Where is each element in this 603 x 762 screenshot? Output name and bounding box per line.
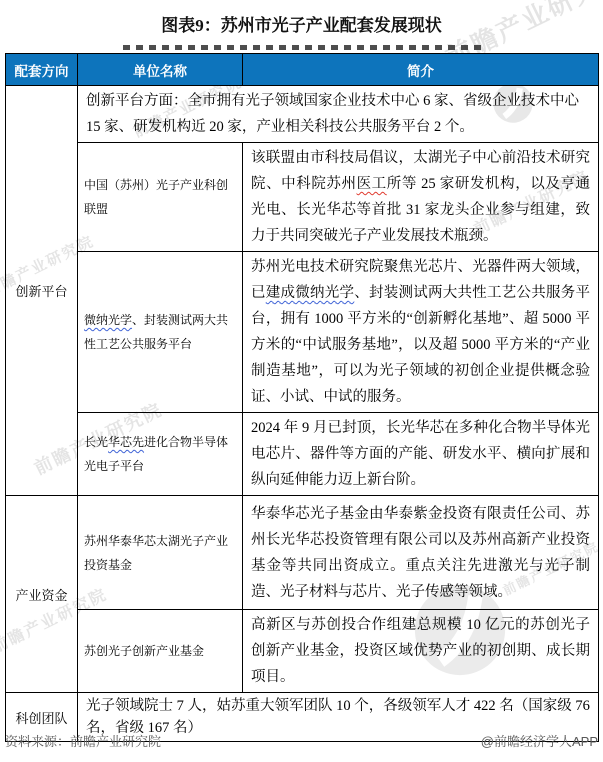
cell-intro-taihu-fund: 华泰华芯光子基金由华泰紫金投资有限责任公司、苏州长光华芯投资管理有限公司以及苏州… <box>243 496 599 610</box>
direction-industry-fund: 产业资金 <box>6 496 78 693</box>
cell-intro-semiconductor-platform: 2024 年 9 月已封顶，长光华芯在多种化合物半导体光电芯片、器件等方面的产能… <box>243 413 599 496</box>
col-header-unit-name: 单位名称 <box>78 54 243 86</box>
col-header-intro: 简介 <box>243 54 599 86</box>
table-row: 产业资金 苏州华泰华芯太湖光子产业投资基金 华泰华芯光子基金由华泰紫金投资有限责… <box>6 496 599 610</box>
report-figure-page: 前瞻产业研究院 前瞻产业研究院 前瞻产业研究院 前瞻产业研究院 前瞻产业研究院 … <box>0 0 603 762</box>
spellcheck-marked-text: 医工 <box>357 176 387 192</box>
col-header-direction: 配套方向 <box>6 54 78 86</box>
table-row: 长光华芯先进化合物半导体光电子平台 2024 年 9 月已封顶，长光华芯在多种化… <box>6 413 599 496</box>
cell-unit-semiconductor-platform: 长光华芯先进化合物半导体光电子平台 <box>78 413 243 496</box>
figure-title: 图表9：苏州市光子产业配套发展现状 <box>0 0 603 36</box>
table-row: 苏创光子创新产业基金 高新区与苏创投合作组建总规模 10 亿元的苏创光子创新产业… <box>6 610 599 693</box>
cell-unit-process-service-platform: 微纳光学、封装测试两大共性工艺公共服务平台 <box>78 252 243 413</box>
spellcheck-marked-text: 建成微纳光学 <box>266 285 355 301</box>
support-development-table: 配套方向 单位名称 简介 创新平台 创新平台方面：全市拥有光子领域国家企业技术中… <box>5 53 599 742</box>
source-attribution: 资料来源：前瞻产业研究院 <box>5 731 161 750</box>
table-row: 微纳光学、封装测试两大共性工艺公共服务平台 苏州光电技术研究院聚焦光芯片、光器件… <box>6 252 599 413</box>
cell-unit-suchuang-fund: 苏创光子创新产业基金 <box>78 610 243 693</box>
cell-unit-photonics-alliance: 中国（苏州）光子产业科创联盟 <box>78 143 243 252</box>
spellcheck-marked-text: 华芯先 <box>108 435 144 449</box>
spellcheck-marked-text: 微纳光学 <box>84 313 132 327</box>
cell-innovation-overview: 创新平台方面：全市拥有光子领域国家企业技术中心 6 家、省级企业技术中心 15 … <box>78 86 599 143</box>
app-credit: @前瞻经济学人APP <box>481 731 598 750</box>
cell-intro-process-service-platform: 苏州光电技术研究院聚焦光芯片、光器件两大领域，已建成微纳光学、封装测试两大共性工… <box>243 252 599 413</box>
cell-intro-photonics-alliance: 该联盟由市科技局倡议，太湖光子中心前沿技术研究院、中科院苏州医工所等 25 家研… <box>243 143 599 252</box>
table-row: 创新平台 创新平台方面：全市拥有光子领域国家企业技术中心 6 家、省级企业技术中… <box>6 86 599 143</box>
direction-innovation-platform: 创新平台 <box>6 86 78 496</box>
intro-text: 、封装测试两大共性工艺公共服务平台，拥有 1000 平方米的“创新孵化基地”、超… <box>251 285 590 405</box>
table-header-row: 配套方向 单位名称 简介 <box>6 54 599 86</box>
clipped-text-remnant <box>123 45 481 50</box>
unit-name-text: 长光 <box>84 435 108 449</box>
cell-intro-suchuang-fund: 高新区与苏创投合作组建总规模 10 亿元的苏创光子创新产业基金，投资区域优势产业… <box>243 610 599 693</box>
cell-unit-taihu-fund: 苏州华泰华芯太湖光子产业投资基金 <box>78 496 243 610</box>
table-row: 中国（苏州）光子产业科创联盟 该联盟由市科技局倡议，太湖光子中心前沿技术研究院、… <box>6 143 599 252</box>
figure-footer: 资料来源：前瞻产业研究院 @前瞻经济学人APP <box>5 731 598 750</box>
